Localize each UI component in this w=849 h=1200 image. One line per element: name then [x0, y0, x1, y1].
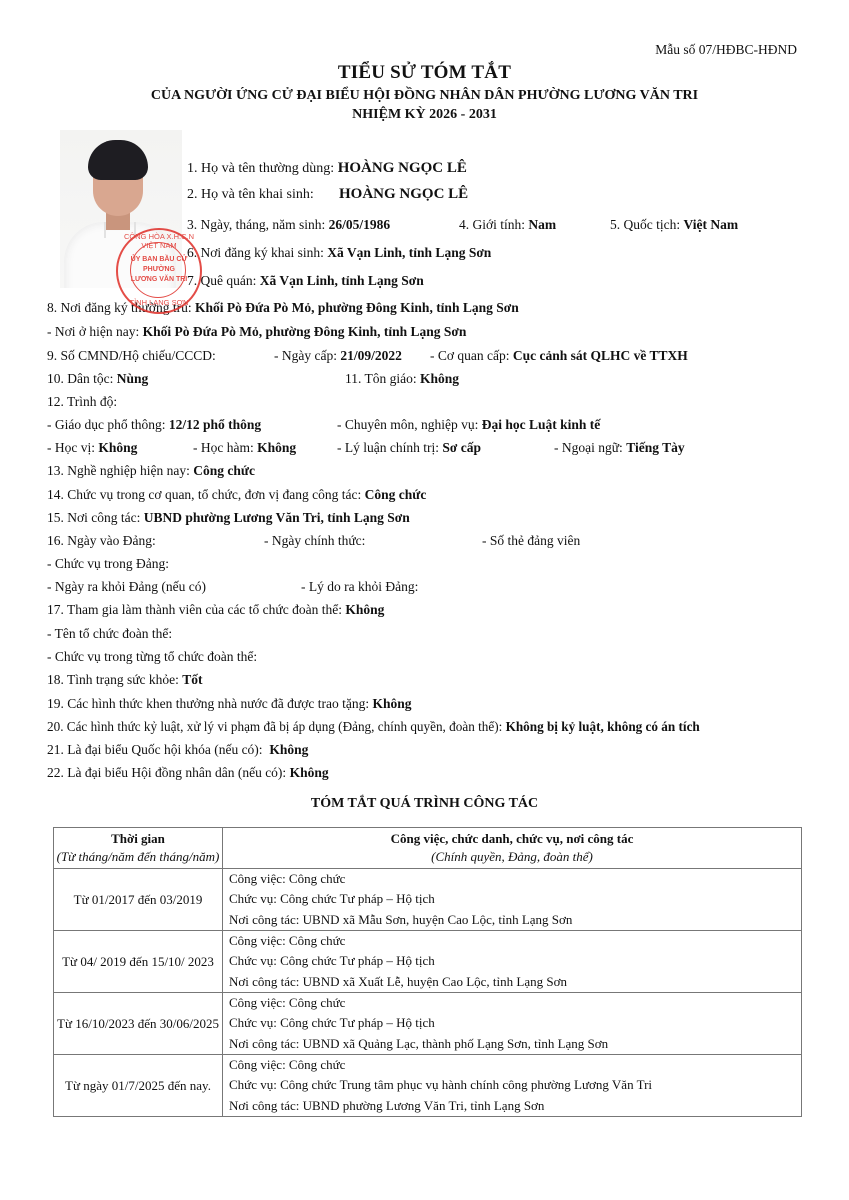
field-value: Không: [372, 696, 411, 711]
field-label: 1. Họ và tên thường dùng:: [187, 161, 338, 176]
field-birth-name-value: HOÀNG NGỌC LÊ: [339, 186, 468, 203]
field-foreign-language: - Ngoại ngữ: Tiếng Tày: [554, 440, 685, 456]
column-subtitle: (Chính quyền, Đảng, đoàn thể): [223, 848, 801, 866]
field-value: Xã Vạn Linh, tỉnh Lạng Sơn: [327, 245, 491, 260]
field-value: Công chức: [193, 463, 255, 478]
field-position: 14. Chức vụ trong cơ quan, tổ chức, đơn …: [47, 487, 426, 503]
workplace-text: Nơi công tác: UBND xã Quảng Lạc, thành p…: [229, 1034, 801, 1054]
field-value: Không: [290, 765, 329, 780]
stamp-line-1: ỦY BAN BẦU CỬ: [118, 256, 200, 264]
field-party-leave-date: - Ngày ra khỏi Đảng (nếu có): [47, 579, 206, 595]
field-label: - Chức vụ trong Đảng:: [47, 556, 169, 571]
stamp-line-3: LƯƠNG VĂN TRI: [118, 276, 200, 284]
field-label: 22. Là đại biểu Hội đồng nhân dân (nếu c…: [47, 765, 290, 780]
field-label: 18. Tình trạng sức khỏe:: [47, 672, 182, 687]
document-title: TIỂU SỬ TÓM TẮT: [0, 62, 849, 84]
field-label: - Tên tổ chức đoàn thể:: [47, 626, 172, 641]
field-value: 26/05/1986: [329, 217, 391, 232]
field-religion: 11. Tôn giáo: Không: [345, 371, 459, 387]
field-party-leave-reason: - Lý do ra khỏi Đảng:: [301, 579, 418, 595]
field-value: Nùng: [117, 371, 149, 386]
field-value: Không: [269, 742, 308, 757]
field-label: 17. Tham gia làm thành viên của các tổ c…: [47, 602, 345, 617]
field-label: - Học hàm:: [193, 440, 257, 455]
field-value: UBND phường Lương Văn Tri, tỉnh Lạng Sơn: [144, 510, 410, 525]
table-row: Từ 01/2017 đến 03/2019 Công việc: Công c…: [54, 869, 802, 931]
field-value: Không: [345, 602, 384, 617]
field-label: - Ngày ra khỏi Đảng (nếu có): [47, 579, 206, 594]
form-code: Mẫu số 07/HĐBC-HĐND: [655, 42, 797, 58]
job-text: Công việc: Công chức: [229, 993, 801, 1013]
field-party-official-date: - Ngày chính thức:: [264, 533, 365, 549]
table-row: Từ ngày 01/7/2025 đến nay. Công việc: Cô…: [54, 1055, 802, 1117]
field-id-number: 9. Số CMND/Hộ chiếu/CCCD:: [47, 348, 216, 364]
field-label: - Ngày chính thức:: [264, 533, 365, 548]
field-value: Nam: [528, 217, 556, 232]
field-birth-name: 2. Họ và tên khai sinh:: [187, 187, 314, 203]
field-value: Không bị kỷ luật, không có án tích: [506, 719, 700, 734]
period-cell: Từ ngày 01/7/2025 đến nay.: [54, 1055, 223, 1117]
field-label: 4. Giới tính:: [459, 217, 528, 232]
position-text: Chức vụ: Công chức Tư pháp – Hộ tịch: [229, 1013, 801, 1033]
field-organization-position: - Chức vụ trong từng tổ chức đoàn thể:: [47, 649, 257, 665]
field-label: - Chức vụ trong từng tổ chức đoàn thể:: [47, 649, 257, 664]
field-label: - Lý do ra khỏi Đảng:: [301, 579, 418, 594]
field-id-agency: - Cơ quan cấp: Cục cảnh sát QLHC về TTXH: [430, 348, 688, 364]
position-text: Chức vụ: Công chức Trung tâm phục vụ hàn…: [229, 1075, 801, 1095]
column-title: Thời gian: [54, 830, 222, 848]
details-cell: Công việc: Công chức Chức vụ: Công chức …: [223, 931, 802, 993]
column-header-details: Công việc, chức danh, chức vụ, nơi công …: [223, 828, 802, 869]
field-label: 9. Số CMND/Hộ chiếu/CCCD:: [47, 348, 216, 363]
field-health: 18. Tình trạng sức khỏe: Tốt: [47, 672, 203, 688]
field-label: - Ngày cấp:: [274, 348, 340, 363]
stamp-bottom-text: TỈNH LẠNG SƠN: [118, 298, 200, 307]
field-value: Đại học Luật kinh tế: [482, 417, 601, 432]
field-value: HOÀNG NGỌC LÊ: [338, 160, 467, 176]
work-history-table: Thời gian (Từ tháng/năm đến tháng/năm) C…: [53, 827, 802, 1117]
job-text: Công việc: Công chức: [229, 869, 801, 889]
field-label: 19. Các hình thức khen thưởng nhà nước đ…: [47, 696, 372, 711]
column-title: Công việc, chức danh, chức vụ, nơi công …: [223, 830, 801, 848]
field-value: Không: [420, 371, 459, 386]
field-label: 20. Các hình thức kỷ luật, xử lý vi phạm…: [47, 719, 506, 734]
field-party-position: - Chức vụ trong Đảng:: [47, 556, 169, 572]
field-birth-registration: 6. Nơi đăng ký khai sinh: Xã Vạn Linh, t…: [187, 245, 491, 261]
column-subtitle: (Từ tháng/năm đến tháng/năm): [54, 848, 222, 866]
document-term: NHIỆM KỲ 2026 - 2031: [0, 107, 849, 123]
field-political-theory: - Lý luận chính trị: Sơ cấp: [337, 440, 481, 456]
field-id-issue-date: - Ngày cấp: 21/09/2022: [274, 348, 402, 364]
job-text: Công việc: Công chức: [229, 931, 801, 951]
field-birth-date: 3. Ngày, tháng, năm sinh: 26/05/1986: [187, 217, 390, 233]
column-header-period: Thời gian (Từ tháng/năm đến tháng/năm): [54, 828, 223, 869]
stamp-line-2: PHƯỜNG: [118, 266, 200, 274]
field-label: 13. Nghề nghiệp hiện nay:: [47, 463, 193, 478]
field-value: Tốt: [182, 672, 202, 687]
field-party-join-date: 16. Ngày vào Đảng:: [47, 533, 156, 549]
document-subtitle: CỦA NGƯỜI ỨNG CỬ ĐẠI BIỂU HỘI ĐỒNG NHÂN …: [0, 88, 849, 104]
field-label: 6. Nơi đăng ký khai sinh:: [187, 245, 327, 260]
details-cell: Công việc: Công chức Chức vụ: Công chức …: [223, 1055, 802, 1117]
period-cell: Từ 01/2017 đến 03/2019: [54, 869, 223, 931]
field-education: 12. Trình độ:: [47, 394, 117, 410]
workplace-text: Nơi công tác: UBND phường Lương Văn Tri,…: [229, 1096, 801, 1116]
field-organization-name: - Tên tổ chức đoàn thể:: [47, 626, 172, 642]
field-national-assembly: 21. Là đại biểu Quốc hội khóa (nếu có): …: [47, 742, 308, 758]
table-header-row: Thời gian (Từ tháng/năm đến tháng/năm) C…: [54, 828, 802, 869]
field-label: - Số thẻ đảng viên: [482, 533, 580, 548]
field-academic-title: - Học hàm: Không: [193, 440, 296, 456]
stamp-outer-text: CỘNG HÒA X.H.C.N VIỆT NAM: [118, 232, 200, 250]
field-value: Khối Pò Đứa Pò Mỏ, phường Đông Kinh, tỉn…: [195, 300, 519, 315]
field-label: - Chuyên môn, nghiệp vụ:: [337, 417, 482, 432]
field-value: Tiếng Tày: [626, 440, 684, 455]
job-text: Công việc: Công chức: [229, 1055, 801, 1075]
field-value: 12/12 phổ thông: [169, 417, 261, 432]
field-label: - Cơ quan cấp:: [430, 348, 513, 363]
field-awards: 19. Các hình thức khen thưởng nhà nước đ…: [47, 696, 412, 712]
photo-hair: [88, 140, 148, 180]
field-label: - Lý luận chính trị:: [337, 440, 442, 455]
field-nationality: 5. Quốc tịch: Việt Nam: [610, 217, 738, 233]
field-label: 11. Tôn giáo:: [345, 371, 420, 386]
field-current-residence: - Nơi ở hiện nay: Khối Pò Đứa Pò Mỏ, phư…: [47, 324, 466, 340]
field-label: 5. Quốc tịch:: [610, 217, 684, 232]
workplace-text: Nơi công tác: UBND xã Mẫu Sơn, huyện Cao…: [229, 910, 801, 930]
field-academic-degree: - Học vị: Không: [47, 440, 137, 456]
field-value: Xã Vạn Linh, tỉnh Lạng Sơn: [260, 273, 424, 288]
field-workplace: 15. Nơi công tác: UBND phường Lương Văn …: [47, 510, 410, 526]
field-value: 21/09/2022: [340, 348, 402, 363]
table-row: Từ 16/10/2023 đến 30/06/2025 Công việc: …: [54, 993, 802, 1055]
table-row: Từ 04/ 2019 đến 15/10/ 2023 Công việc: C…: [54, 931, 802, 993]
election-committee-stamp: CỘNG HÒA X.H.C.N VIỆT NAM ỦY BAN BẦU CỬ …: [116, 228, 202, 314]
field-organization-membership: 17. Tham gia làm thành viên của các tổ c…: [47, 602, 384, 618]
field-value: Không: [98, 440, 137, 455]
workplace-text: Nơi công tác: UBND xã Xuất Lễ, huyện Cao…: [229, 972, 801, 992]
field-ethnicity: 10. Dân tộc: Nùng: [47, 371, 148, 387]
field-label: - Học vị:: [47, 440, 98, 455]
field-disciplinary: 20. Các hình thức kỷ luật, xử lý vi phạm…: [47, 719, 700, 735]
field-occupation: 13. Nghề nghiệp hiện nay: Công chức: [47, 463, 255, 479]
details-cell: Công việc: Công chức Chức vụ: Công chức …: [223, 993, 802, 1055]
position-text: Chức vụ: Công chức Tư pháp – Hộ tịch: [229, 889, 801, 909]
field-label: 3. Ngày, tháng, năm sinh:: [187, 217, 329, 232]
field-value: Việt Nam: [684, 217, 739, 232]
field-value: Sơ cấp: [442, 440, 481, 455]
field-value: Không: [257, 440, 296, 455]
field-label: 10. Dân tộc:: [47, 371, 117, 386]
period-cell: Từ 04/ 2019 đến 15/10/ 2023: [54, 931, 223, 993]
field-general-education: - Giáo dục phổ thông: 12/12 phổ thông: [47, 417, 261, 433]
field-label: 12. Trình độ:: [47, 394, 117, 409]
field-value: Cục cảnh sát QLHC về TTXH: [513, 348, 688, 363]
details-cell: Công việc: Công chức Chức vụ: Công chức …: [223, 869, 802, 931]
field-peoples-council: 22. Là đại biểu Hội đồng nhân dân (nếu c…: [47, 765, 329, 781]
field-label: 14. Chức vụ trong cơ quan, tổ chức, đơn …: [47, 487, 365, 502]
field-label: 15. Nơi công tác:: [47, 510, 144, 525]
field-label: - Ngoại ngữ:: [554, 440, 626, 455]
field-label: - Giáo dục phổ thông:: [47, 417, 169, 432]
position-text: Chức vụ: Công chức Tư pháp – Hộ tịch: [229, 951, 801, 971]
period-cell: Từ 16/10/2023 đến 30/06/2025: [54, 993, 223, 1055]
field-common-name: 1. Họ và tên thường dùng: HOÀNG NGỌC LÊ: [187, 160, 467, 177]
field-label: 21. Là đại biểu Quốc hội khóa (nếu có):: [47, 742, 269, 757]
work-history-title: TÓM TẮT QUÁ TRÌNH CÔNG TÁC: [0, 796, 849, 812]
field-hometown: 7. Quê quán: Xã Vạn Linh, tỉnh Lạng Sơn: [187, 273, 424, 289]
field-specialization: - Chuyên môn, nghiệp vụ: Đại học Luật ki…: [337, 417, 600, 433]
field-value: Công chức: [365, 487, 427, 502]
field-gender: 4. Giới tính: Nam: [459, 217, 556, 233]
field-party-card-number: - Số thẻ đảng viên: [482, 533, 580, 549]
field-label: - Nơi ở hiện nay:: [47, 324, 143, 339]
field-label: 2. Họ và tên khai sinh:: [187, 187, 314, 202]
field-label: 16. Ngày vào Đảng:: [47, 533, 156, 548]
field-value: Khối Pò Đứa Pò Mỏ, phường Đông Kinh, tỉn…: [143, 324, 467, 339]
